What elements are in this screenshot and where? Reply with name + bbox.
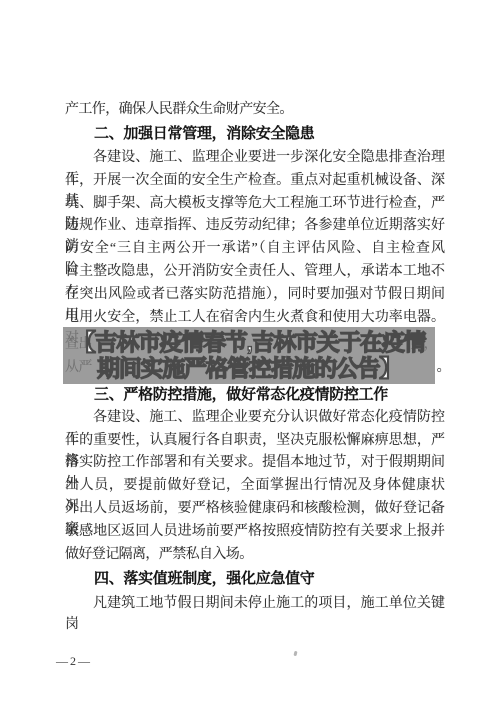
text-line: 电用火安全，禁止工人在宿舍内生火煮食和使用大功率电器。对 <box>65 307 445 328</box>
text-line: 出人员，要提前做好登记，全面掌握出行情况及身体健康状况。 <box>65 475 445 496</box>
text-line: 外出人员返场前，要严格核验健康码和核酸检测，做好登记备案。 <box>65 498 445 519</box>
text-line: 各建设、施工、监理企业要进一步深化安全隐患排查治理工 <box>65 147 445 168</box>
text-line: 产工作，确保人民群众生命财产安全。 <box>65 99 445 120</box>
heading-line: 二、加强日常管理，消除安全隐患 <box>94 123 445 144</box>
text-line: 防安全“三自主两公开一承诺”（自主评估风险、自主检查风险、 <box>65 238 445 259</box>
text-line: 作的重要性，认真履行各自职责，坚决克服松懈麻痹思想，严格 <box>65 430 445 451</box>
text-line: 凡建筑工地节假日期间未停止施工的项目，施工单位关键岗 <box>65 593 445 614</box>
text-line: 敏感地区返回人员进场前要严格按照疫情防控有关要求上报并 <box>65 521 445 542</box>
text-line: 坑、脚手架、高大模板支撑等危大工程施工环节进行检查，严防 <box>65 193 445 214</box>
heading-line: 三、严格防控措施，做好常态化疫情防控工作 <box>94 384 445 405</box>
heading-line: 四、落实值班制度，强化应急值守 <box>94 568 445 589</box>
overlay-caption-banner: 【吉林市疫情春节,吉林市关于在疫情 期间实施严格管控措施的公告】 <box>63 327 435 384</box>
text-line: 落实防控工作部署和有关要求。提倡本地过节，对于假期期间外 <box>65 452 445 473</box>
scanned-document-page: 产工作，确保人民群众生命财产安全。二、加强日常管理，消除安全隐患各建设、施工、监… <box>0 0 500 707</box>
text-line: 违规作业、违章指挥、违反劳动纪律；各参建单位近期落实好消 <box>65 215 445 236</box>
text-line: 做好登记隔离，严禁私自入场。 <box>65 544 445 565</box>
text-line: 各建设、施工、监理企业要充分认识做好常态化疫情防控工 <box>65 407 445 428</box>
scan-artifact-speck <box>293 651 297 657</box>
text-line: 自主整改隐患，公开消防安全责任人、管理人，承诺本工地不存 <box>65 261 445 282</box>
text-line: 在突出风险或者已落实防范措施），同时要加强对节假日期间用 <box>65 284 445 305</box>
text-line: 作，开展一次全面的安全生产检查。重点对起重机械设备、深基 <box>65 170 445 191</box>
page-number: — 2 — <box>56 654 90 669</box>
overlay-caption-line-2: 期间实施严格管控措施的公告】 <box>63 355 435 381</box>
ghost-text-right-fragment: 。 <box>437 357 450 378</box>
overlay-caption-line-1: 【吉林市疫情春节,吉林市关于在疫情 <box>63 329 435 355</box>
